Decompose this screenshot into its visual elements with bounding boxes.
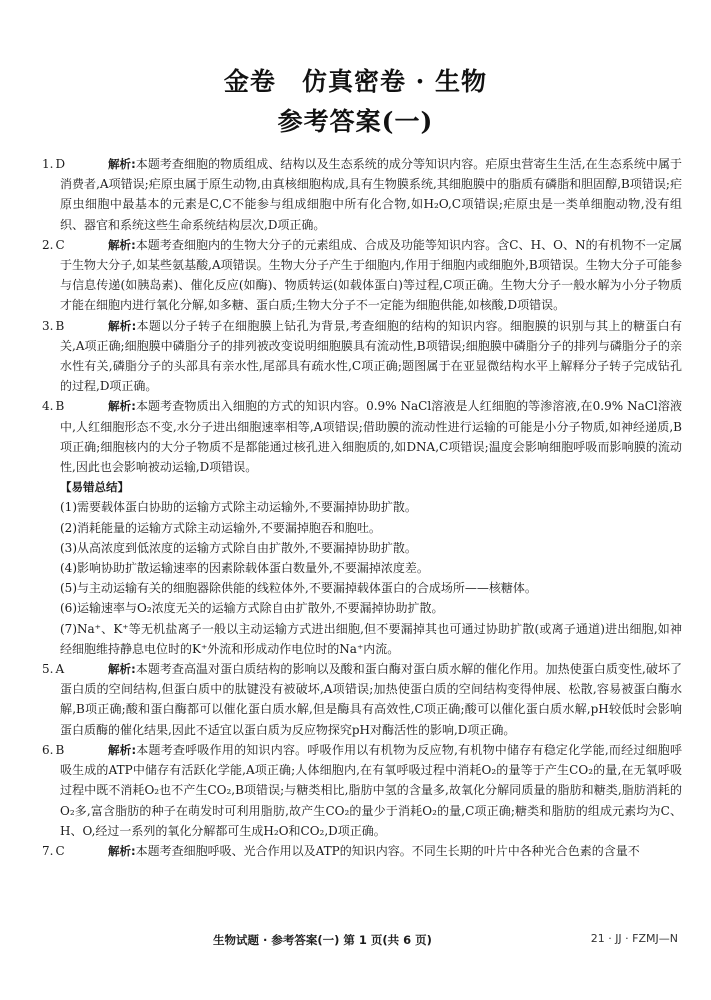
summary-item: (5)与主动运输有关的细胞器除供能的线粒体外,不要漏掉载体蛋白的合成场所——核糖…: [42, 578, 682, 598]
analysis-label: 解析:: [108, 157, 136, 171]
analysis-label: 解析:: [108, 743, 136, 757]
analysis-label: 解析:: [108, 662, 136, 676]
analysis-label: 解析:: [108, 844, 136, 858]
page-info: 生物试题 · 参考答案(一) 第 1 页(共 6 页): [213, 932, 432, 948]
answer-content: 1.D 解析:本题考查细胞的物质组成、结构以及生态系统的成分等知识内容。疟原虫营…: [42, 154, 682, 861]
title-brand: 金卷: [224, 67, 276, 96]
document-title: 金卷仿真密卷 · 生物: [0, 62, 711, 98]
question-number: 3.B: [42, 316, 64, 336]
document-code: 21 · JJ · FZMJ—N: [591, 932, 678, 945]
question-explanation: 解析:本题考查细胞呼吸、光合作用以及ATP的知识内容。不同生长期的叶片中各种光合…: [60, 841, 682, 861]
question-explanation: 解析:本题以分子转子在细胞膜上钻孔为背景,考查细胞的结构的知识内容。细胞膜的识别…: [60, 316, 682, 397]
page-footer: 生物试题 · 参考答案(一) 第 1 页(共 6 页) 21 · JJ · FZ…: [0, 932, 711, 952]
summary-item: (2)消耗能量的运输方式除主动运输外,不要漏掉胞吞和胞吐。: [42, 518, 682, 538]
answer-choice: C: [55, 844, 64, 858]
document-subtitle: 参考答案(一): [0, 102, 711, 138]
question-number: 1.D: [42, 154, 65, 174]
question-explanation: 解析:本题考查细胞内的生物大分子的元素组成、合成及功能等知识内容。含C、H、O、…: [60, 235, 682, 316]
question-1: 1.D 解析:本题考查细胞的物质组成、结构以及生态系统的成分等知识内容。疟原虫营…: [42, 154, 682, 235]
summary-item: (6)运输速率与O₂浓度无关的运输方式除自由扩散外,不要漏掉协助扩散。: [42, 598, 682, 618]
question-3: 3.B 解析:本题以分子转子在细胞膜上钻孔为背景,考查细胞的结构的知识内容。细胞…: [42, 316, 682, 397]
question-4: 4.B 解析:本题考查物质出入细胞的方式的知识内容。0.9% NaCl溶液是人红…: [42, 396, 682, 477]
answer-choice: D: [55, 157, 65, 171]
question-explanation: 解析:本题考查高温对蛋白质结构的影响以及酸和蛋白酶对蛋白质水解的催化作用。加热使…: [60, 659, 682, 740]
question-number: 4.B: [42, 396, 64, 416]
analysis-label: 解析:: [108, 238, 136, 252]
summary-item: (1)需要载体蛋白协助的运输方式除主动运输外,不要漏掉协助扩散。: [42, 497, 682, 517]
analysis-label: 解析:: [108, 319, 136, 333]
answer-choice: B: [55, 319, 64, 333]
summary-item: (4)影响协助扩散运输速率的因素除载体蛋白数量外,不要漏掉浓度差。: [42, 558, 682, 578]
analysis-label: 解析:: [108, 399, 136, 413]
question-number: 7.C: [42, 841, 65, 861]
question-explanation: 解析:本题考查细胞的物质组成、结构以及生态系统的成分等知识内容。疟原虫营寄生生活…: [60, 154, 682, 235]
question-number: 2.C: [42, 235, 65, 255]
question-explanation: 解析:本题考查呼吸作用的知识内容。呼吸作用以有机物为反应物,有机物中储存有稳定化…: [60, 740, 682, 841]
question-6: 6.B 解析:本题考查呼吸作用的知识内容。呼吸作用以有机物为反应物,有机物中储存…: [42, 740, 682, 841]
question-2: 2.C 解析:本题考查细胞内的生物大分子的元素组成、合成及功能等知识内容。含C、…: [42, 235, 682, 316]
answer-choice: B: [55, 743, 64, 757]
question-5: 5.A 解析:本题考查高温对蛋白质结构的影响以及酸和蛋白酶对蛋白质水解的催化作用…: [42, 659, 682, 740]
summary-item: (7)Na⁺、K⁺等无机盐离子一般以主动运输方式进出细胞,但不要漏掉其也可通过协…: [42, 619, 682, 659]
answer-choice: C: [55, 238, 64, 252]
summary-item: (3)从高浓度到低浓度的运输方式除自由扩散外,不要漏掉协助扩散。: [42, 538, 682, 558]
question-number: 6.B: [42, 740, 64, 760]
question-number: 5.A: [42, 659, 64, 679]
question-7: 7.C 解析:本题考查细胞呼吸、光合作用以及ATP的知识内容。不同生长期的叶片中…: [42, 841, 682, 861]
error-summary-heading: 【易错总结】: [42, 477, 682, 497]
answer-choice: B: [55, 399, 64, 413]
question-explanation: 解析:本题考查物质出入细胞的方式的知识内容。0.9% NaCl溶液是人红细胞的等…: [60, 396, 682, 477]
answer-choice: A: [55, 662, 64, 676]
title-subject: 仿真密卷 · 生物: [302, 67, 487, 96]
